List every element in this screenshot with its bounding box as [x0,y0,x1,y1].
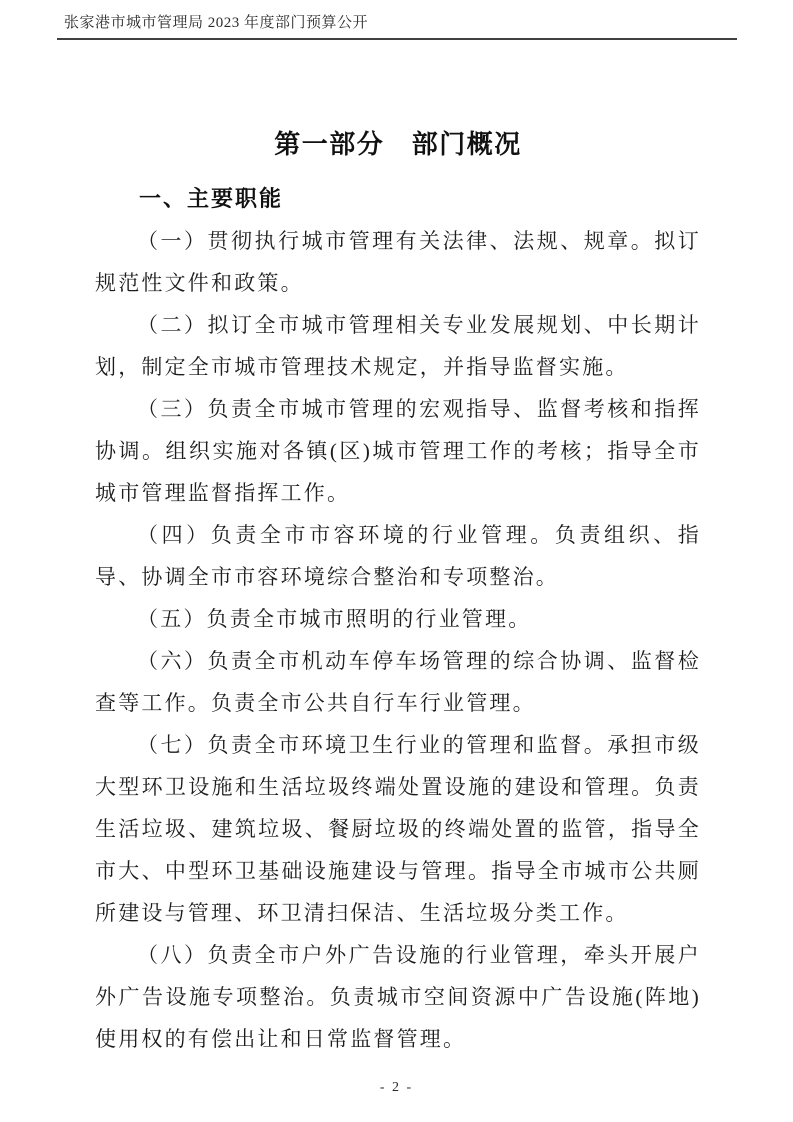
page-number: - 2 - [380,1080,413,1095]
paragraph-3: （三）负责全市城市管理的宏观指导、监督考核和指挥协调。组织实施对各镇(区)城市管… [95,388,701,514]
paragraph-1: （一）贯彻执行城市管理有关法律、法规、规章。拟订规范性文件和政策。 [95,220,701,304]
paragraph-8: （八）负责全市户外广告设施的行业管理，牵头开展户外广告设施专项整治。负责城市空间… [95,934,701,1060]
document-body: 第一部分 部门概况 一、主要职能 （一）贯彻执行城市管理有关法律、法规、规章。拟… [95,130,701,1060]
section-heading: 一、主要职能 [95,187,701,211]
header-title: 张家港市城市管理局 2023 年度部门预算公开 [64,11,737,32]
document-page: 张家港市城市管理局 2023 年度部门预算公开 第一部分 部门概况 一、主要职能… [0,0,793,1122]
paragraph-4: （四）负责全市市容环境的行业管理。负责组织、指导、协调全市市容环境综合整治和专项… [95,514,701,598]
page-title: 第一部分 部门概况 [95,130,701,158]
paragraph-5: （五）负责全市城市照明的行业管理。 [95,598,701,640]
page-footer: - 2 - [0,1080,793,1096]
paragraph-6: （六）负责全市机动车停车场管理的综合协调、监督检查等工作。负责全市公共自行车行业… [95,640,701,724]
header-rule [57,38,737,40]
paragraph-2: （二）拟订全市城市管理相关专业发展规划、中长期计划，制定全市城市管理技术规定，并… [95,304,701,388]
paragraph-7: （七）负责全市环境卫生行业的管理和监督。承担市级大型环卫设施和生活垃圾终端处置设… [95,724,701,934]
page-header: 张家港市城市管理局 2023 年度部门预算公开 [57,0,737,40]
paragraph-list: （一）贯彻执行城市管理有关法律、法规、规章。拟订规范性文件和政策。 （二）拟订全… [95,220,701,1060]
